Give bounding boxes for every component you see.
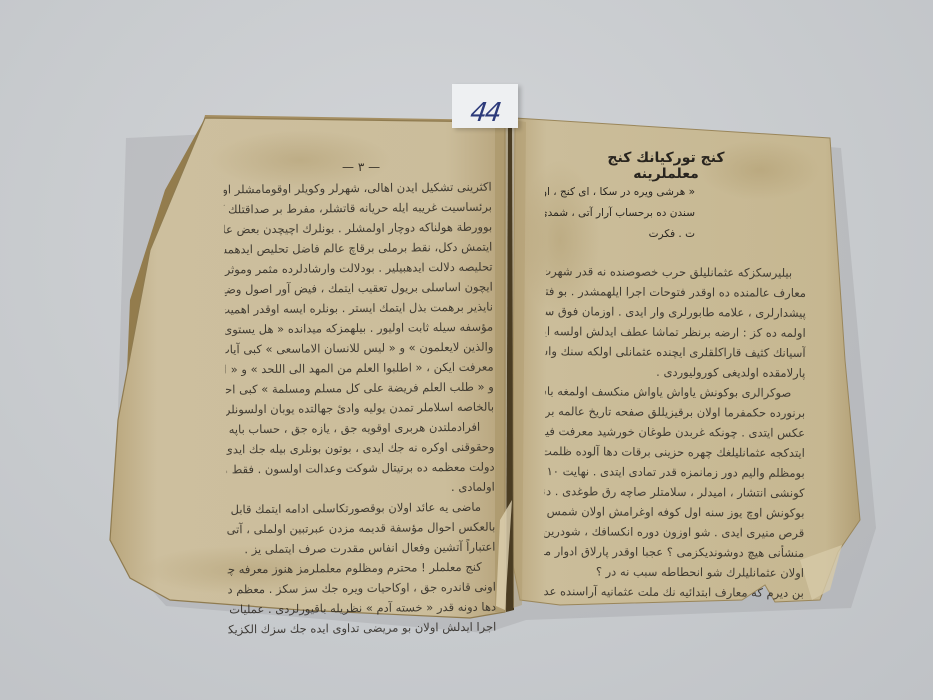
text-line: اعتباراً آتشين وفعال انفاس مقدرت صرف ايت… bbox=[227, 537, 495, 560]
text-line: بالخاصه اسلاملر تمدن يوليه وادئ جهالتده … bbox=[226, 397, 494, 420]
text-line: اجرا ايدلش اولان بو مريضى تداوى ايده جك … bbox=[228, 617, 496, 640]
text-line: معارف عالمنده ده اوقدر فتوحات اجرا ايلهم… bbox=[546, 281, 806, 303]
text-line: و « طلب العلم فريضة على كل مسلم ومسلمة »… bbox=[226, 377, 494, 400]
text-line: بومظلم واليم دور زمانمزه قدر تمادى ايتدى… bbox=[545, 461, 805, 483]
text-line: آسيانك كثيف قاراكلقلرى ايچنده عثمانلى او… bbox=[545, 341, 805, 363]
text-line: پارلامقده اولديغى كوروليوردى . bbox=[545, 361, 805, 383]
text-line: بوكونش اوچ يوز سنه اول كوفه اوغرامش اولا… bbox=[544, 501, 804, 523]
text-line: اونى قاندره جق ، اوكاحيات ويره جك سز سكز… bbox=[228, 577, 496, 600]
text-line: دها دونه قدر « خسته آدم » نظريله باقيورل… bbox=[228, 597, 496, 620]
text-line: اولان عثمانليلرك شو انحطاطه سبب نه در ؟ bbox=[544, 561, 804, 583]
text-line: نايذير برهمت بذل ايتمك ايستر . بونلره اي… bbox=[225, 297, 493, 320]
text-line: وحقوقنى اوكره نه جك ايدى ، بوتون بونلرى … bbox=[226, 437, 494, 460]
left-page-number: — ٣ — bbox=[342, 160, 380, 174]
epigraph-line: « هرشى ويره در سكا ، اى كنج ، اونوتما كه bbox=[545, 182, 695, 203]
text-line: تحليصه دلالت ايدهبيلير . بودلالت وارشادل… bbox=[224, 257, 492, 280]
numbered-label-card: 44 bbox=[452, 84, 518, 128]
text-line: والذين لايعلمون » و « ليس للانسان الاماس… bbox=[225, 337, 493, 360]
text-line: اولمادى . bbox=[227, 477, 495, 500]
text-line: اكثرينى تشكيل ايدن اهالى، شهرلر وكويلر ا… bbox=[224, 177, 492, 200]
text-line: دولت معظمه ده برتيتال شوكت وعدالت اولسون… bbox=[227, 457, 495, 480]
left-page-body: اكثرينى تشكيل ايدن اهالى، شهرلر وكويلر ا… bbox=[224, 177, 497, 640]
text-line: كنج معلملر ! محترم ومظلوم معلملرمز هنوز … bbox=[228, 557, 496, 580]
text-line: منشأنى هيچ دوشونديكزمى ؟ عجبا اوقدر پارل… bbox=[544, 541, 804, 563]
right-page-body: بيليرسكزكه عثمانليلق حرب خصوصنده نه قدر … bbox=[544, 261, 806, 603]
epigraph-author: ت . فكرت bbox=[545, 224, 695, 245]
text-line: ايچون اساسلى بريول تعقيب ايتمك ، فيض آور… bbox=[225, 277, 493, 300]
epigraph: « هرشى ويره در سكا ، اى كنج ، اونوتما كه… bbox=[545, 182, 695, 245]
text-line: كونشى انتشار ، اميدلر ، سلامتلر صاچه رق … bbox=[545, 481, 805, 503]
text-line: برنورده حكمفرما اولان برقيزيللق صفحه تار… bbox=[545, 401, 805, 423]
text-line: برئساسيت غريبه ايله حريانه قاتشلر، مفرط … bbox=[224, 197, 492, 220]
text-line: ماضى يه عائد اولان بوقصورتكاسلى ادامه اي… bbox=[227, 497, 495, 520]
text-line: بيليرسكزكه عثمانليلق حرب خصوصنده نه قدر … bbox=[546, 261, 806, 283]
epigraph-line: سندن ده برحساب آرار آتى ، شمدى . » bbox=[545, 203, 695, 224]
text-line: بوورطة هولناكه دوچار اولمشلر . بونلرك اچ… bbox=[224, 217, 492, 240]
right-page-title: كنج توركيانك كنج معلملرينه bbox=[596, 150, 736, 182]
text-line: عكس ايتدى . چونكه غربدن طوغان خورشيد معر… bbox=[545, 421, 805, 443]
text-line: ايتمش دكل، نقط برملى برقاچ عالم فاضل تحل… bbox=[224, 237, 492, 260]
text-line: بالعكس احوال مؤسفة قديمه مزدن عبرتبين او… bbox=[227, 517, 495, 540]
text-line: صوكرالرى بوكونش ياواش ياواش منكسف اولمغه… bbox=[545, 381, 805, 403]
label-number: 44 bbox=[450, 98, 520, 128]
text-line: ايتدكجه عثمانليلغك چهره حزينى برقات دها … bbox=[545, 441, 805, 463]
text-line: پيشدارلرى ، علامه طابورلرى وار ايدى . او… bbox=[546, 301, 806, 323]
text-line: افرادملتدن هربرى اوقويه جق ، يازه جق ، ح… bbox=[226, 417, 494, 440]
text-line: مؤسفه سيله ثابت اوليور . بيلهمزكه ميداند… bbox=[225, 317, 493, 340]
text-line: اولمه ده كز : ارضه برنظر تماشا عطف ايدلش… bbox=[546, 321, 806, 343]
text-line: بن ديرم كه معارف ابتدائيه نك ملت عثمانيه… bbox=[544, 581, 804, 603]
text-line: قرص منيرى ايدى . شو اوزون دوره انكسافك ،… bbox=[544, 521, 804, 543]
text-line: معرفت ايكن ، « اطلبوا العلم من المهد الى… bbox=[225, 357, 493, 380]
